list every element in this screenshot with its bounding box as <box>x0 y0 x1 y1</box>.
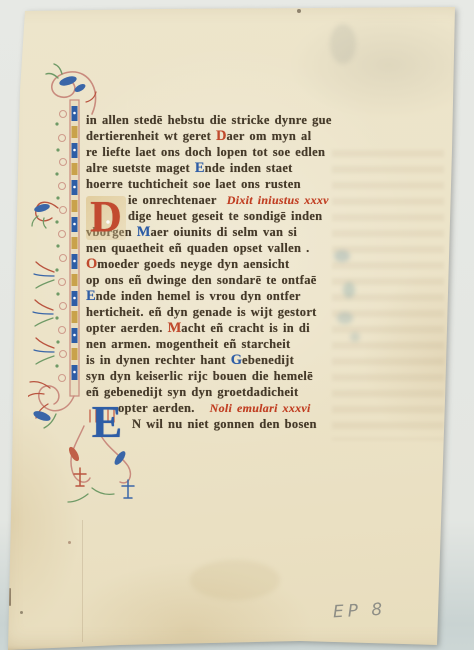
binding-stitch-1 <box>6 92 9 104</box>
line-text: opter aerden. <box>86 321 168 335</box>
manuscript-line: in allen stedē hebstu die stricke dynre … <box>86 112 401 128</box>
line-text: aer oiunits di selm van si <box>150 225 297 239</box>
manuscript-line: alre suetste maget Ende inden staet <box>86 160 401 176</box>
parchment-leaf: in allen stedē hebstu die stricke dynre … <box>0 0 474 650</box>
line-text: nen armen. mogentheit eñ starcheit <box>86 337 290 351</box>
pencil-annotation: EP 8 <box>333 600 387 623</box>
initial-red: D <box>216 128 226 144</box>
manuscript-line: nen quaetheit eñ quaden opset vallen . <box>86 240 401 256</box>
rubric-psalm-35: Dixit iniustus xxxv <box>227 193 329 207</box>
initial-red: O <box>86 256 97 272</box>
manuscript-line: op ons eñ dwinge den sondarē te ontfaē <box>86 272 401 288</box>
stain-warm-bottom <box>190 560 280 600</box>
manuscript-line: nen armen. mogentheit eñ starcheit <box>86 336 401 352</box>
large-initial-e: E <box>83 402 131 444</box>
manuscript-line: is in dynen rechter hant Gebenedijt <box>86 352 401 368</box>
initial-blue: E <box>195 160 205 176</box>
vertical-crease <box>82 520 83 642</box>
line-text: nde inden staet <box>205 161 293 175</box>
thistle-ornament-icon <box>32 202 58 228</box>
line-text: is in dynen rechter hant <box>86 353 231 367</box>
manuscript-line: herticheit. eñ dyn genade is wijt gestor… <box>86 304 401 320</box>
large-initial-d: D <box>86 196 126 240</box>
manuscript-line: Omoeder goeds neyge dyn aensicht <box>86 256 401 272</box>
line-text: op ons eñ dwinge den sondarē te ontfaē <box>86 273 317 287</box>
stain-gray-top <box>330 24 356 64</box>
speck-3 <box>68 541 71 544</box>
line-text: herticheit. eñ dyn genade is wijt gestor… <box>86 305 317 319</box>
manuscript-line: re liefte laet ons doch lopen tot soe ed… <box>86 144 401 160</box>
line-text: dige heuet geseit te sondigē inden <box>128 209 322 223</box>
manuscript-line: hoerre tuchticheit soe laet ons rusten <box>86 176 401 192</box>
line-text: in allen stedē hebstu die stricke dynre … <box>86 113 332 127</box>
line-text: acht eñ cracht is in di <box>181 321 310 335</box>
manuscript-line: ie onrechtenaerDixit iniustus xxxv <box>86 192 401 208</box>
line-text: alre suetste maget <box>86 161 195 175</box>
line-text: re liefte laet ons doch lopen tot soe ed… <box>86 145 325 159</box>
line-text: nen quaetheit eñ quaden opset vallen . <box>86 241 310 255</box>
line-text: syn dyn keiserlic rijc bouen die hemelē <box>86 369 313 383</box>
parchment-leaf-wrap: in allen stedē hebstu die stricke dynre … <box>0 0 474 650</box>
manuscript-line: eñ gebenedijt syn dyn groetdadicheit <box>86 384 401 400</box>
binding-stitch-3 <box>5 548 8 574</box>
speck-2 <box>20 611 23 614</box>
initial-blue: M <box>137 224 151 240</box>
rubric-psalm-36: Noli emulari xxxvi <box>210 401 311 415</box>
manuscript-line: opter aerden. Macht eñ cracht is in di <box>86 320 401 336</box>
initial-blue: E <box>86 288 96 304</box>
line-text: ebenedijt <box>242 353 294 367</box>
manuscript-line: dertierenheit wt geret Daer om myn al <box>86 128 401 144</box>
manuscript-line: opter aerden. Noli emulari xxxvi <box>86 400 401 416</box>
initial-red: M <box>168 320 182 336</box>
scanned-manuscript-photo: in allen stedē hebstu die stricke dynre … <box>0 0 474 650</box>
line-text: N wil nu niet gonnen den bosen <box>132 417 317 431</box>
manuscript-line: Ende inden hemel is vrou dyn ontfer <box>86 288 401 304</box>
line-text: dertierenheit wt geret <box>86 129 216 143</box>
line-text: aer om myn al <box>226 129 311 143</box>
initial-blue: G <box>231 352 242 368</box>
manuscript-line: dige heuet geseit te sondigē inden <box>86 208 401 224</box>
line-text: moeder goeds neyge dyn aensicht <box>97 257 289 271</box>
line-text: ie onrechtenaer <box>128 193 217 207</box>
manuscript-line: N wil nu niet gonnen den bosen <box>86 416 401 432</box>
text-block: in allen stedē hebstu die stricke dynre … <box>86 112 401 432</box>
line-text: nde inden hemel is vrou dyn ontfer <box>96 289 301 303</box>
binding-stitch-4 <box>9 588 11 606</box>
manuscript-line: syn dyn keiserlic rijc bouen die hemelē <box>86 368 401 384</box>
line-text: hoerre tuchticheit soe laet ons rusten <box>86 177 301 191</box>
binding-stitch-2 <box>4 178 7 188</box>
speck-1 <box>297 9 301 13</box>
manuscript-line: vborgen Maer oiunits di selm van si <box>86 224 401 240</box>
